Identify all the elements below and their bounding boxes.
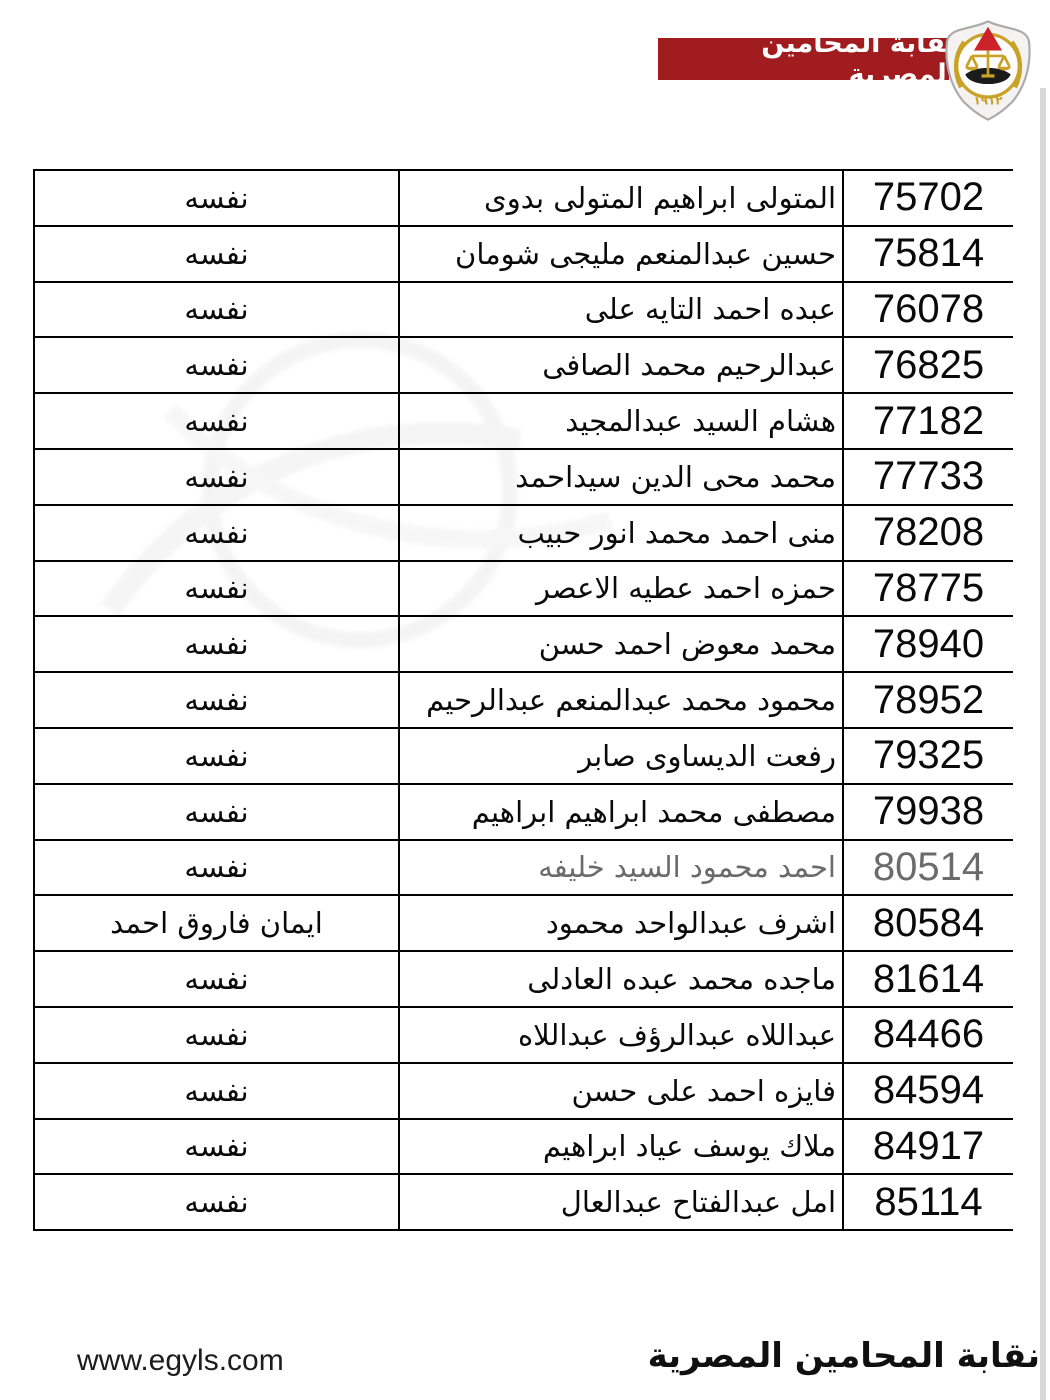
- org-banner-title: نقابة المحامين المصرية: [658, 28, 956, 90]
- lawyer-registry-table: 75702 المتولى ابراهيم المتولى بدوى نفسه …: [33, 169, 1013, 1231]
- lawyer-name-cell: ماجده محمد عبده العادلى: [398, 952, 842, 1006]
- agent-name-cell: نفسه: [33, 1120, 398, 1174]
- agent-name-cell: نفسه: [33, 729, 398, 783]
- table-row: 77733 محمد محى الدين سيداحمد نفسه: [33, 450, 1013, 506]
- lawyer-number-cell: 77733: [842, 450, 1013, 504]
- lawyer-number-cell: 78775: [842, 562, 1013, 616]
- lawyer-name-cell: احمد محمود السيد خليفه: [398, 841, 842, 895]
- lawyer-number-cell: 75702: [842, 171, 1013, 225]
- agent-name-cell: نفسه: [33, 338, 398, 392]
- lawyer-name-cell: المتولى ابراهيم المتولى بدوى: [398, 171, 842, 225]
- agent-name-cell: نفسه: [33, 450, 398, 504]
- agent-name-cell: نفسه: [33, 562, 398, 616]
- table-row: 79938 مصطفى محمد ابراهيم ابراهيم نفسه: [33, 785, 1013, 841]
- agent-name-cell: نفسه: [33, 617, 398, 671]
- table-row-muted: 80514 احمد محمود السيد خليفه نفسه: [33, 841, 1013, 897]
- bar-association-emblem-icon: ١٩١٢: [934, 18, 1042, 122]
- scan-edge-shadow: [1040, 88, 1046, 1400]
- agent-name-cell: نفسه: [33, 841, 398, 895]
- lawyer-number-cell: 78952: [842, 673, 1013, 727]
- lawyer-number-cell: 81614: [842, 952, 1013, 1006]
- lawyer-name-cell: مصطفى محمد ابراهيم ابراهيم: [398, 785, 842, 839]
- lawyer-name-cell: محمود محمد عبدالمنعم عبدالرحيم: [398, 673, 842, 727]
- table-row: 81614 ماجده محمد عبده العادلى نفسه: [33, 952, 1013, 1008]
- table-row: 84917 ملاك يوسف عياد ابراهيم نفسه: [33, 1120, 1013, 1176]
- lawyer-name-cell: ملاك يوسف عياد ابراهيم: [398, 1120, 842, 1174]
- table-row: 76825 عبدالرحيم محمد الصافى نفسه: [33, 338, 1013, 394]
- agent-name-cell: نفسه: [33, 1064, 398, 1118]
- footer-org-name: نقابة المحامين المصرية: [648, 1336, 1040, 1376]
- agent-name-cell: ايمان فاروق احمد: [33, 896, 398, 950]
- table-row: 84466 عبداللاه عبدالرؤف عبداللاه نفسه: [33, 1008, 1013, 1064]
- emblem-year-text: ١٩١٢: [974, 94, 1004, 108]
- table-row: 85114 امل عبدالفتاح عبدالعال نفسه: [33, 1175, 1013, 1231]
- scanned-lawyer-registry-page: { "header": { "banner_title": "نقابة الم…: [0, 0, 1050, 1400]
- table-row: 77182 هشام السيد عبدالمجيد نفسه: [33, 394, 1013, 450]
- lawyer-number-cell: 77182: [842, 394, 1013, 448]
- agent-name-cell: نفسه: [33, 673, 398, 727]
- lawyer-number-cell: 79938: [842, 785, 1013, 839]
- lawyer-name-cell: عبدالرحيم محمد الصافى: [398, 338, 842, 392]
- table-row: 76078 عبده احمد التايه على نفسه: [33, 283, 1013, 339]
- lawyer-number-cell: 76078: [842, 283, 1013, 337]
- lawyer-name-cell: امل عبدالفتاح عبدالعال: [398, 1175, 842, 1229]
- agent-name-cell: نفسه: [33, 1008, 398, 1062]
- agent-name-cell: نفسه: [33, 506, 398, 560]
- website-url: www.egyls.com: [77, 1344, 284, 1378]
- table-row: 78952 محمود محمد عبدالمنعم عبدالرحيم نفس…: [33, 673, 1013, 729]
- agent-name-cell: نفسه: [33, 171, 398, 225]
- lawyer-number-cell: 78208: [842, 506, 1013, 560]
- table-row: 75814 حسين عبدالمنعم مليجى شومان نفسه: [33, 227, 1013, 283]
- org-banner: نقابة المحامين المصرية: [658, 38, 956, 80]
- lawyer-number-cell: 78940: [842, 617, 1013, 671]
- lawyer-name-cell: عبداللاه عبدالرؤف عبداللاه: [398, 1008, 842, 1062]
- lawyer-name-cell: عبده احمد التايه على: [398, 283, 842, 337]
- lawyer-number-cell: 75814: [842, 227, 1013, 281]
- table-row: 78940 محمد معوض احمد حسن نفسه: [33, 617, 1013, 673]
- table-row: 80584 اشرف عبدالواحد محمود ايمان فاروق ا…: [33, 896, 1013, 952]
- table-row: 78775 حمزه احمد عطيه الاعصر نفسه: [33, 562, 1013, 618]
- agent-name-cell: نفسه: [33, 394, 398, 448]
- agent-name-cell: نفسه: [33, 952, 398, 1006]
- lawyer-number-cell: 84594: [842, 1064, 1013, 1118]
- lawyer-name-cell: رفعت الديساوى صابر: [398, 729, 842, 783]
- table-row: 84594 فايزه احمد على حسن نفسه: [33, 1064, 1013, 1120]
- table-row: 79325 رفعت الديساوى صابر نفسه: [33, 729, 1013, 785]
- table-row: 75702 المتولى ابراهيم المتولى بدوى نفسه: [33, 171, 1013, 227]
- agent-name-cell: نفسه: [33, 283, 398, 337]
- lawyer-name-cell: محمد معوض احمد حسن: [398, 617, 842, 671]
- lawyer-name-cell: حسين عبدالمنعم مليجى شومان: [398, 227, 842, 281]
- lawyer-name-cell: هشام السيد عبدالمجيد: [398, 394, 842, 448]
- lawyer-name-cell: حمزه احمد عطيه الاعصر: [398, 562, 842, 616]
- agent-name-cell: نفسه: [33, 1175, 398, 1229]
- lawyer-name-cell: اشرف عبدالواحد محمود: [398, 896, 842, 950]
- lawyer-number-cell: 80584: [842, 896, 1013, 950]
- lawyer-number-cell: 79325: [842, 729, 1013, 783]
- lawyer-number-cell: 84917: [842, 1120, 1013, 1174]
- lawyer-name-cell: فايزه احمد على حسن: [398, 1064, 842, 1118]
- agent-name-cell: نفسه: [33, 785, 398, 839]
- lawyer-number-cell: 76825: [842, 338, 1013, 392]
- agent-name-cell: نفسه: [33, 227, 398, 281]
- lawyer-number-cell: 84466: [842, 1008, 1013, 1062]
- lawyer-name-cell: منى احمد محمد انور حبيب: [398, 506, 842, 560]
- lawyer-number-cell: 85114: [842, 1175, 1013, 1229]
- lawyer-number-cell: 80514: [842, 841, 1013, 895]
- lawyer-name-cell: محمد محى الدين سيداحمد: [398, 450, 842, 504]
- table-row: 78208 منى احمد محمد انور حبيب نفسه: [33, 506, 1013, 562]
